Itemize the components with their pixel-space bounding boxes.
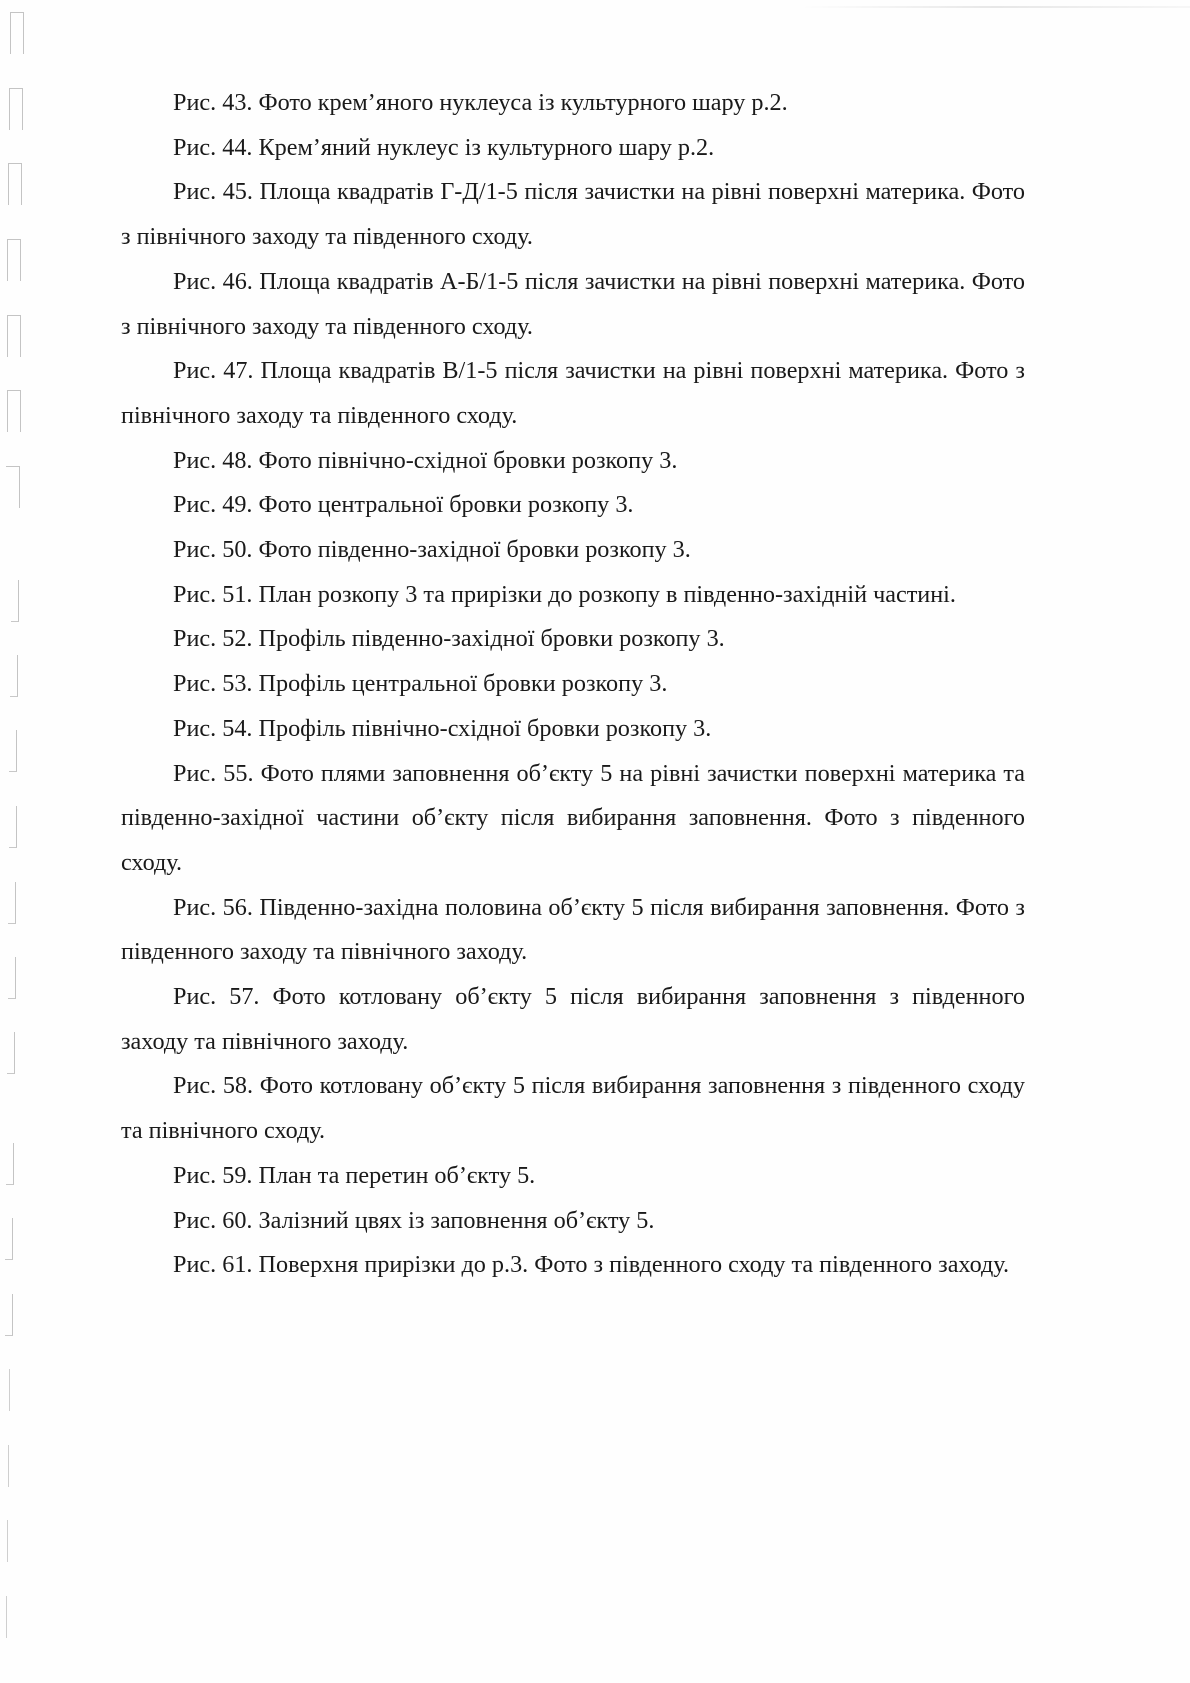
figure-caption: Рис. 60. Залізний цвях із заповнення об’…	[121, 1199, 1025, 1244]
figure-caption: Рис. 46. Площа квадратів А-Б/1-5 після з…	[121, 260, 1025, 349]
binding-hole-mark	[7, 390, 21, 432]
figure-caption: Рис. 61. Поверхня прирізки до р.3. Фото …	[121, 1243, 1025, 1288]
figure-caption: Рис. 45. Площа квадратів Г-Д/1-5 після з…	[121, 170, 1025, 259]
figure-caption: Рис. 58. Фото котловану об’єкту 5 після …	[121, 1064, 1025, 1153]
binding-hole-mark	[6, 1143, 14, 1185]
binding-hole-mark	[11, 580, 19, 622]
figure-caption: Рис. 57. Фото котловану об’єкту 5 після …	[121, 975, 1025, 1064]
binding-hole-mark	[9, 730, 17, 772]
binding-hole-mark	[2, 1520, 8, 1562]
figure-caption: Рис. 59. План та перетин об’єкту 5.	[121, 1154, 1025, 1199]
figure-caption: Рис. 49. Фото центральної бровки розкопу…	[121, 483, 1025, 528]
figure-caption: Рис. 43. Фото крем’яного нуклеуса із кул…	[121, 81, 1025, 126]
binding-hole-mark	[9, 806, 17, 848]
figure-caption: Рис. 56. Південно-західна половина об’єк…	[121, 886, 1025, 975]
figure-caption: Рис. 51. План розкопу 3 та прирізки до р…	[121, 573, 1025, 618]
binding-hole-mark	[7, 239, 21, 281]
figure-caption: Рис. 52. Профіль південно-західної бровк…	[121, 617, 1025, 662]
binding-hole-mark	[8, 882, 16, 924]
binding-hole-mark	[8, 957, 16, 999]
figure-caption-list: Рис. 43. Фото крем’яного нуклеуса із кул…	[121, 81, 1025, 1288]
binding-hole-mark	[5, 1294, 13, 1336]
figure-caption: Рис. 44. Крем’яний нуклеус із культурног…	[121, 126, 1025, 171]
binding-hole-mark	[3, 1445, 9, 1487]
binding-hole-mark	[9, 88, 23, 130]
binding-hole-mark	[4, 1369, 10, 1411]
binding-staple-marks	[0, 0, 40, 1683]
binding-hole-mark	[5, 1218, 13, 1260]
scanned-page: Рис. 43. Фото крем’яного нуклеуса із кул…	[0, 0, 1190, 1683]
figure-caption: Рис. 50. Фото південно-західної бровки р…	[121, 528, 1025, 573]
figure-caption: Рис. 48. Фото північно-східної бровки ро…	[121, 439, 1025, 484]
figure-caption: Рис. 54. Профіль північно-східної бровки…	[121, 707, 1025, 752]
binding-hole-mark	[7, 315, 21, 357]
binding-hole-mark	[8, 163, 22, 205]
figure-caption: Рис. 47. Площа квадратів В/1-5 після зач…	[121, 349, 1025, 438]
binding-hole-mark	[7, 1032, 15, 1074]
scan-edge-shadow	[800, 6, 1190, 8]
binding-hole-mark	[1, 1596, 7, 1638]
binding-hole-mark	[6, 466, 20, 508]
figure-caption: Рис. 55. Фото плями заповнення об’єкту 5…	[121, 752, 1025, 886]
figure-caption: Рис. 53. Профіль центральної бровки розк…	[121, 662, 1025, 707]
binding-hole-mark	[10, 12, 24, 54]
binding-hole-mark	[10, 655, 18, 697]
